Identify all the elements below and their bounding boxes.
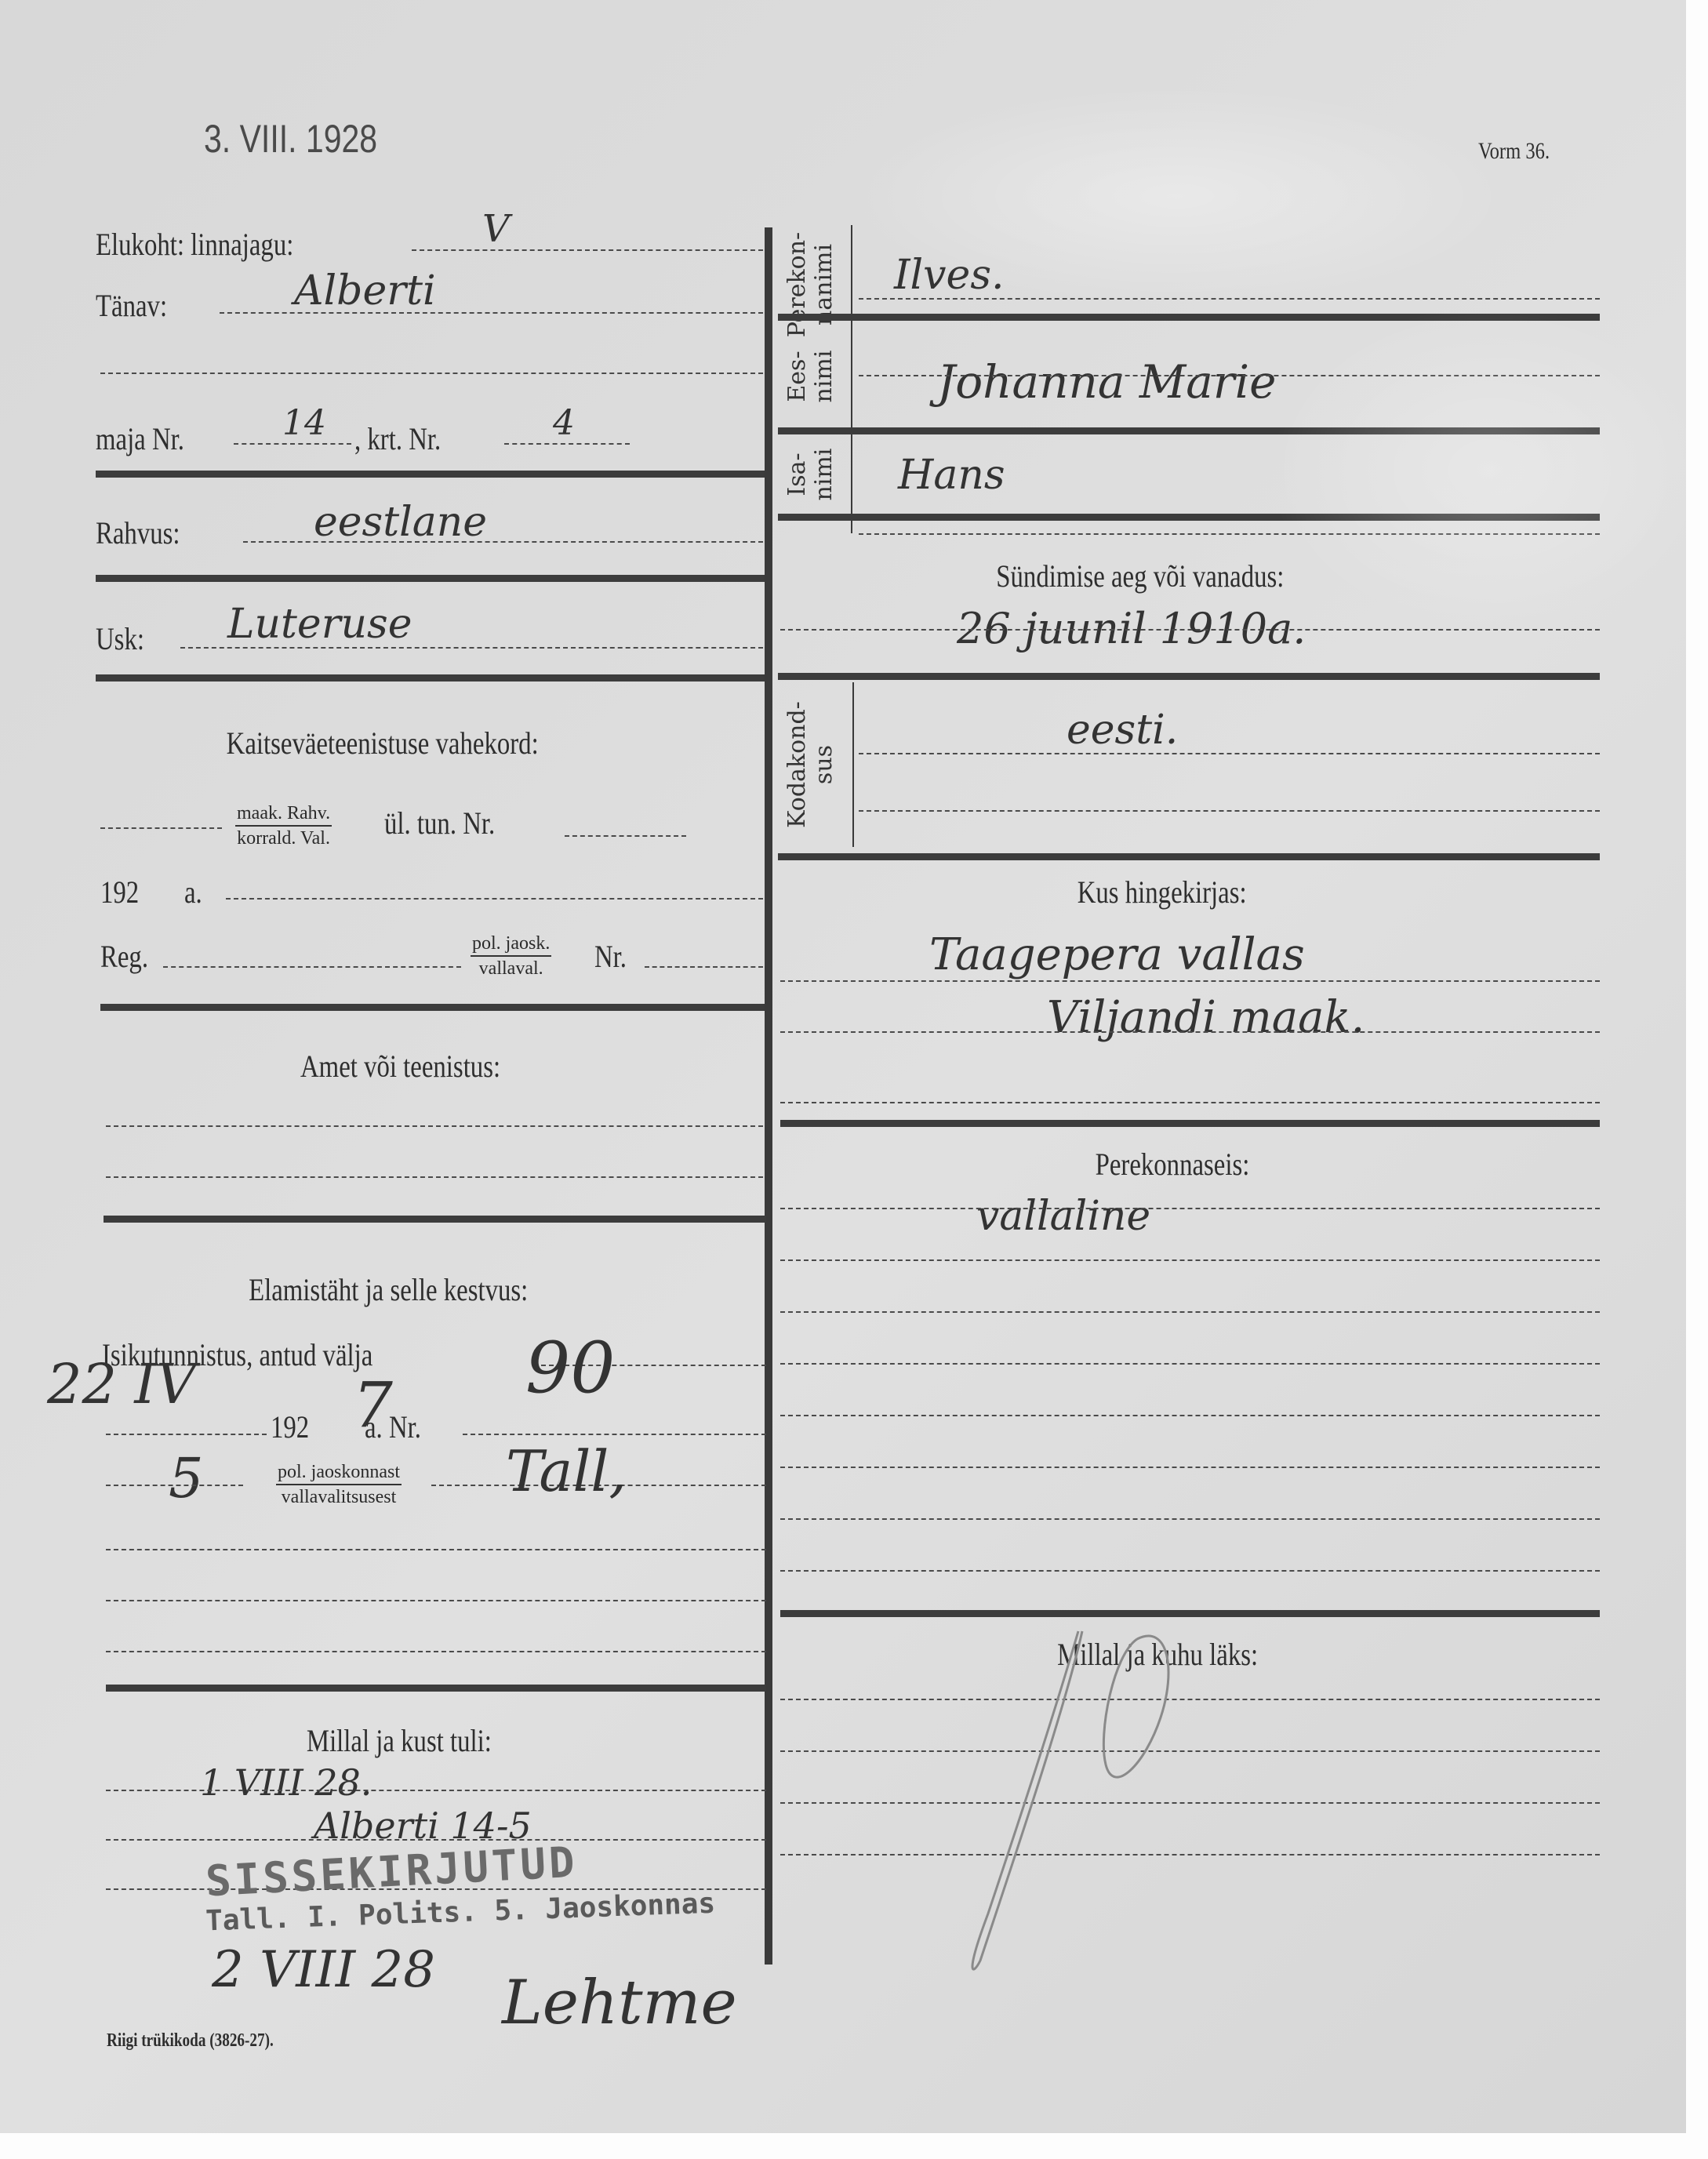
id-day-value: 22 IV bbox=[47, 1357, 196, 1412]
house-line bbox=[234, 443, 351, 445]
marital-line-8 bbox=[780, 1570, 1600, 1572]
arrival-line-1 bbox=[106, 1790, 766, 1791]
military-nr-line bbox=[565, 835, 686, 837]
apt-label: , krt. Nr. bbox=[354, 423, 441, 455]
arrival-date-value: 1 VIII 28. bbox=[200, 1765, 372, 1801]
military-year-prefix: 192 bbox=[100, 877, 139, 908]
surname-label: Perekon- nanimi bbox=[784, 226, 838, 343]
marital-line-7 bbox=[780, 1518, 1600, 1520]
divider bbox=[96, 471, 765, 478]
printer-imprint: Riigi trükikoda (3826-27). bbox=[107, 2031, 274, 2050]
birth-line bbox=[780, 629, 1600, 631]
fraction-bottom: vallaval. bbox=[479, 958, 543, 979]
id-year-prefix: 192 bbox=[271, 1412, 309, 1443]
district-value: V bbox=[482, 210, 510, 248]
first-name-value: Johanna Marie bbox=[937, 359, 1276, 405]
fraction-top: pol. jaoskonnast bbox=[276, 1460, 402, 1485]
divider bbox=[96, 674, 765, 682]
marital-line-4 bbox=[780, 1363, 1600, 1365]
label-column-divider bbox=[852, 682, 854, 847]
divider bbox=[96, 575, 765, 582]
surname-line bbox=[859, 298, 1600, 300]
divider bbox=[778, 673, 1600, 680]
registry-value-line1: Taagepera vallas bbox=[929, 933, 1305, 977]
military-fraction: maak. Rahv. korrald. Val. bbox=[235, 801, 332, 850]
id-nr-label: a. Nr. bbox=[365, 1412, 421, 1443]
reg-nr-line bbox=[645, 966, 763, 968]
apt-line bbox=[504, 443, 630, 445]
reg-label: Reg. bbox=[100, 941, 148, 972]
registry-title: Kus hingekirjas: bbox=[1077, 877, 1247, 908]
marital-line-2 bbox=[780, 1259, 1600, 1261]
id-nr-value: 90 bbox=[525, 1333, 616, 1404]
citizenship-label: Kodakond- sus bbox=[784, 686, 838, 843]
marital-line-1 bbox=[780, 1208, 1600, 1209]
divider bbox=[104, 1216, 766, 1223]
divider bbox=[778, 314, 1600, 321]
father-name-value: Hans bbox=[898, 455, 1005, 496]
issuer-fraction: pol. jaoskonnast vallavalitsusest bbox=[276, 1460, 402, 1509]
citizenship-line-1 bbox=[859, 753, 1600, 754]
issuer-city-value: Tall, bbox=[506, 1443, 627, 1499]
nationality-label: Rahvus: bbox=[96, 518, 180, 549]
citizenship-value: eesti. bbox=[1067, 710, 1178, 751]
divider bbox=[778, 853, 1600, 860]
street-label: Tänav: bbox=[96, 290, 167, 322]
occupation-title: Amet või teenistus: bbox=[300, 1051, 500, 1082]
surname-value: Ilves. bbox=[894, 255, 1005, 296]
fraction-top: pol. jaosk. bbox=[471, 932, 551, 957]
divider bbox=[106, 1685, 766, 1692]
religion-value: Luteruse bbox=[227, 604, 412, 645]
military-nr-label: ül. tun. Nr. bbox=[384, 808, 495, 839]
military-title: Kaitseväeteenistuse vahekord: bbox=[227, 728, 539, 759]
father-name-line bbox=[859, 533, 1600, 535]
divider bbox=[778, 514, 1600, 521]
house-value: 14 bbox=[282, 406, 326, 441]
occupation-line-2 bbox=[106, 1176, 763, 1178]
date-stamp: 3. VIII. 1928 bbox=[204, 119, 377, 158]
column-divider bbox=[765, 227, 772, 1965]
fraction-bottom: korrald. Val. bbox=[237, 828, 330, 849]
military-line-1a bbox=[100, 827, 222, 829]
label-column-divider bbox=[851, 225, 852, 533]
arrival-line-2 bbox=[106, 1839, 766, 1841]
house-label: maja Nr. bbox=[96, 423, 184, 455]
address-extra-line bbox=[100, 373, 763, 374]
registry-line-1 bbox=[780, 980, 1600, 982]
street-value: Alberti bbox=[294, 271, 436, 311]
registry-value-line2: Viljandi maak. bbox=[1047, 996, 1365, 1040]
marital-line-6 bbox=[780, 1467, 1600, 1468]
id-year-line bbox=[106, 1434, 267, 1435]
pencil-mark-icon bbox=[941, 1608, 1255, 2000]
reg-nr-label: Nr. bbox=[594, 941, 627, 972]
form-sheet: 3. VIII. 1928 Vorm 36. Elukoht: linnajag… bbox=[0, 0, 1686, 2133]
father-name-label: Isa- nimi bbox=[784, 431, 838, 518]
citizenship-line-2 bbox=[859, 810, 1600, 812]
issuer-precinct-value: 5 bbox=[169, 1451, 204, 1506]
marital-value: vallaline bbox=[976, 1196, 1150, 1237]
id-nr-line bbox=[463, 1434, 766, 1435]
marital-title: Perekonnaseis: bbox=[1096, 1149, 1250, 1180]
divider bbox=[778, 427, 1600, 434]
religion-label: Usk: bbox=[96, 623, 144, 655]
issuer-line-a bbox=[106, 1485, 243, 1486]
fraction-bottom: vallavalitsusest bbox=[282, 1487, 397, 1507]
official-signature: Lehtme bbox=[502, 1972, 737, 2034]
reg-fraction: pol. jaosk. vallaval. bbox=[471, 932, 551, 980]
district-line bbox=[412, 249, 763, 251]
district-label: Elukoht: linnajagu: bbox=[96, 229, 293, 260]
reg-line bbox=[163, 966, 461, 968]
registry-line-3 bbox=[780, 1102, 1600, 1103]
permit-line-5 bbox=[106, 1651, 766, 1652]
marital-line-5 bbox=[780, 1415, 1600, 1416]
fraction-top: maak. Rahv. bbox=[235, 801, 332, 827]
registry-line-2 bbox=[780, 1031, 1600, 1033]
permit-line-3 bbox=[106, 1549, 766, 1550]
stamp-date-value: 2 VIII 28 bbox=[212, 1945, 435, 1995]
birth-title: Sündimise aeg või vanadus: bbox=[996, 561, 1284, 592]
military-year-line bbox=[226, 898, 763, 900]
divider bbox=[780, 1120, 1600, 1127]
arrival-title: Millal ja kust tuli: bbox=[307, 1725, 492, 1757]
first-name-label: Ees- nimi bbox=[784, 329, 838, 423]
permit-title: Elamistäht ja selle kestvus: bbox=[249, 1274, 528, 1306]
apt-value: 4 bbox=[553, 406, 575, 441]
form-number: Vorm 36. bbox=[1478, 140, 1550, 163]
nationality-value: eestlane bbox=[314, 502, 487, 543]
military-year-suffix: a. bbox=[184, 877, 202, 908]
permit-line-4 bbox=[106, 1600, 766, 1601]
occupation-line-1 bbox=[106, 1125, 763, 1127]
divider bbox=[100, 1004, 765, 1011]
marital-line-3 bbox=[780, 1311, 1600, 1313]
first-name-line bbox=[859, 375, 1600, 376]
